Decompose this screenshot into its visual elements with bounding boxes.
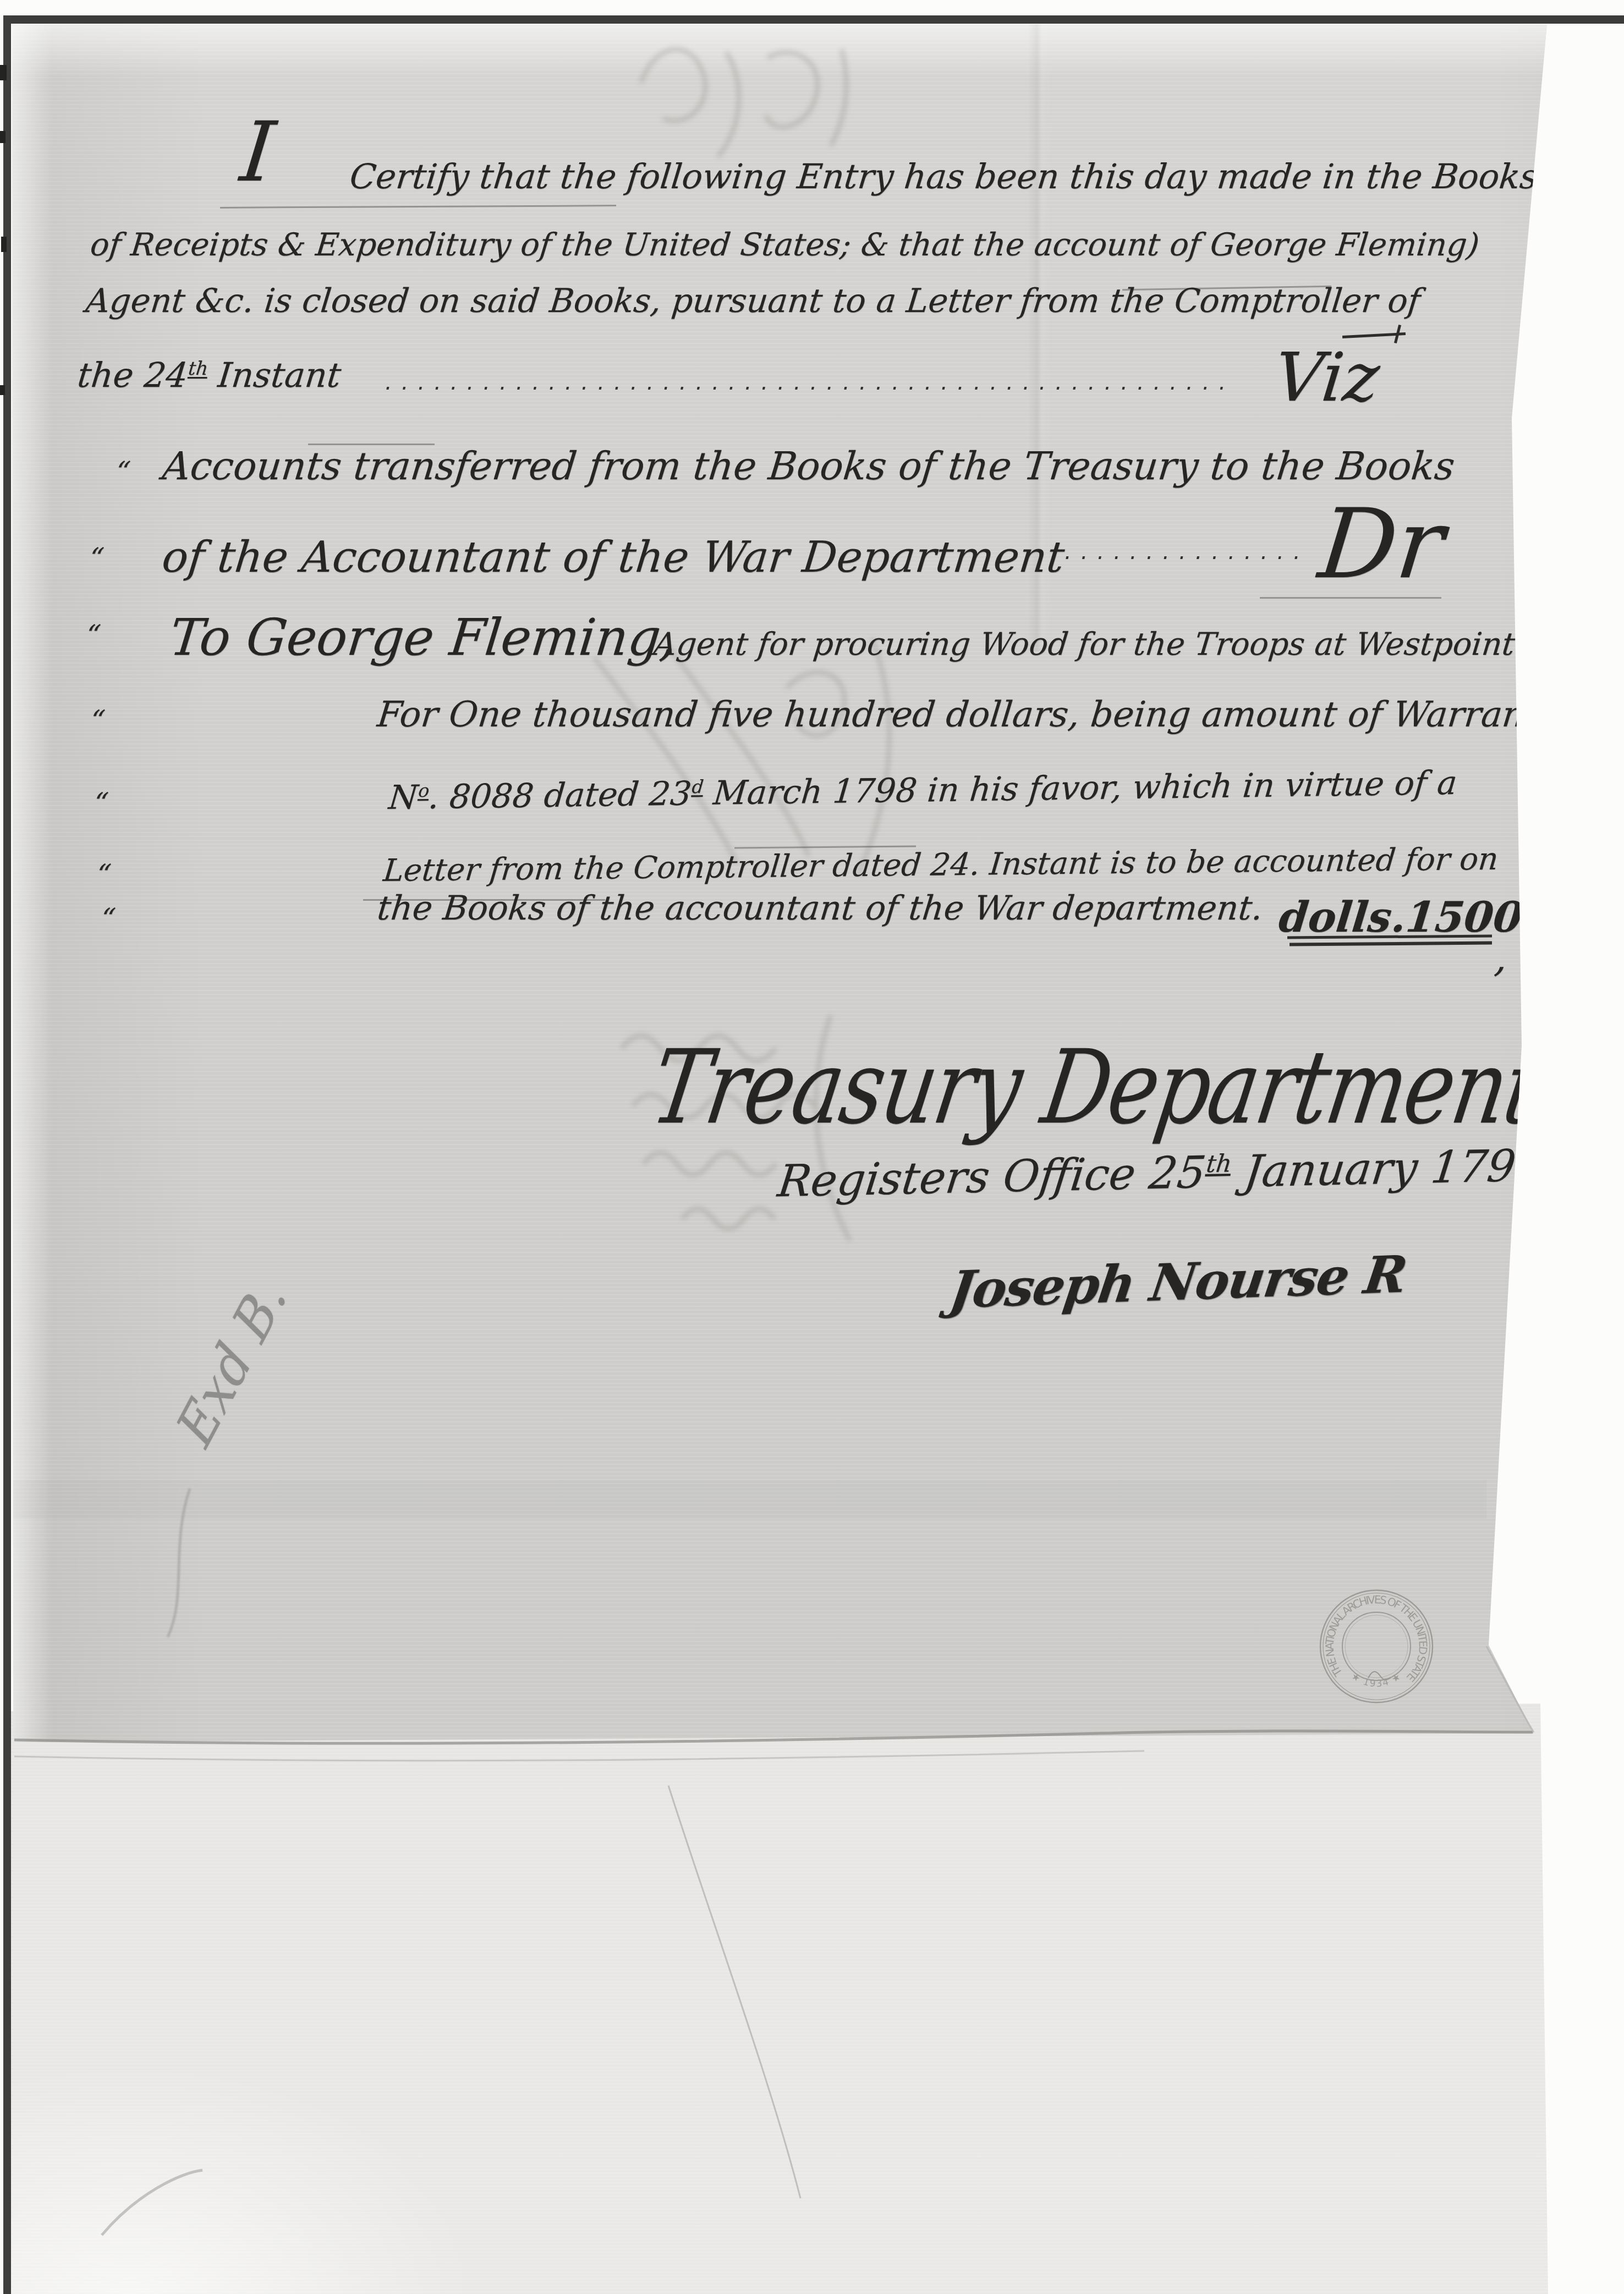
scan-edge-top-line xyxy=(3,15,1624,24)
payee-name: To George Fleming, xyxy=(167,608,680,667)
certificate-line-1: Certify that the following Entry has bee… xyxy=(348,156,1539,196)
comptroller-letter-line: Letter from the Comptroller dated 24. In… xyxy=(382,841,1500,889)
office-date: January 1799 xyxy=(1228,1140,1546,1197)
payee-description: Agent for procuring Wood for the Troops … xyxy=(652,626,1517,663)
margin-quote-mark: “ xyxy=(88,542,106,574)
faint-streak xyxy=(220,205,616,209)
stamp-year-text: ★ 1934 ★ xyxy=(1349,1671,1404,1689)
amount-figure: dolls.1500” xyxy=(1277,893,1549,941)
warrant-line-rest: March 1798 in his favor, which in virtue… xyxy=(701,764,1459,813)
department-heading: Treasury Department xyxy=(644,1028,1547,1147)
viz-label: Viz xyxy=(1271,338,1383,417)
office-date-line: Registers Office 25th January 1799 xyxy=(775,1140,1546,1207)
scanned-page: I Certify that the following Entry has b… xyxy=(0,0,1624,2294)
margin-quote-mark: “ xyxy=(89,704,107,736)
warrant-no-n: N xyxy=(387,778,420,817)
dr-abbreviation: Dr xyxy=(1314,489,1449,600)
certificate-line-3: Agent &c. is closed on said Books, pursu… xyxy=(84,282,1422,320)
margin-quote-mark: “ xyxy=(100,902,117,934)
margin-quote-mark: “ xyxy=(95,858,113,890)
warrant-number-date: . 8088 dated 23 xyxy=(427,774,693,817)
register-signature: Joseph Nourse R xyxy=(946,1244,1410,1320)
scan-edge-tick xyxy=(0,385,5,395)
entry-line-accounts: Accounts transferred from the Books of t… xyxy=(160,444,1457,489)
margin-quote-mark: “ xyxy=(92,787,110,819)
line4-text-rest: Instant xyxy=(205,355,343,395)
entry-line-war-department: of the Accountant of the War Department xyxy=(160,533,1067,582)
warrant-line: No. 8088 dated 23d March 1798 in his fav… xyxy=(387,764,1459,817)
stamp-inner-ring xyxy=(1342,1612,1411,1680)
line4-superscript: th xyxy=(187,358,209,380)
stamp-year-text-holder: ★ 1934 ★ xyxy=(1349,1671,1404,1689)
amount-comma: , xyxy=(1493,935,1510,981)
margin-quote-mark: “ xyxy=(85,619,102,651)
scan-edge-tick xyxy=(0,65,7,80)
certificate-initial: I xyxy=(237,105,279,200)
amount-line: For One thousand five hundred dollars, b… xyxy=(375,694,1541,735)
amount-underline xyxy=(1290,941,1492,946)
certificate-line-2: of Receipts & Expenditury of the United … xyxy=(89,227,1481,263)
closing-line: the Books of the accountant of the War d… xyxy=(376,889,1265,928)
line4-text: the 24 xyxy=(75,355,190,395)
stamp-inner-ring-inner-line xyxy=(1345,1615,1408,1678)
scan-edge-tick xyxy=(1,237,7,252)
stamp-ring-text: THE NATIONAL ARCHIVES OF THE UNITED STAT… xyxy=(1316,1586,1430,1685)
horizontal-fold-shadow xyxy=(12,1480,1486,1519)
office-text: Registers Office 25 xyxy=(775,1147,1209,1207)
national-archives-stamp: THE NATIONAL ARCHIVES OF THE UNITED STAT… xyxy=(1316,1586,1437,1707)
certificate-line-4: the 24th Instant xyxy=(75,355,343,395)
margin-quote-mark: “ xyxy=(114,456,132,488)
scratch-mark xyxy=(668,1786,800,2198)
dotted-leader: ........................................… xyxy=(385,370,1232,401)
dotted-leader: ........................................… xyxy=(1065,539,1307,570)
office-superscript: th xyxy=(1205,1149,1233,1178)
pencil-examined-note: Exd B. xyxy=(165,1268,298,1457)
scan-edge-tick xyxy=(0,131,6,143)
scan-edge-left-line xyxy=(3,15,11,2294)
stamp-ring-text-holder: THE NATIONAL ARCHIVES OF THE UNITED STAT… xyxy=(1316,1586,1430,1685)
pencil-stray-mark xyxy=(102,2170,202,2235)
